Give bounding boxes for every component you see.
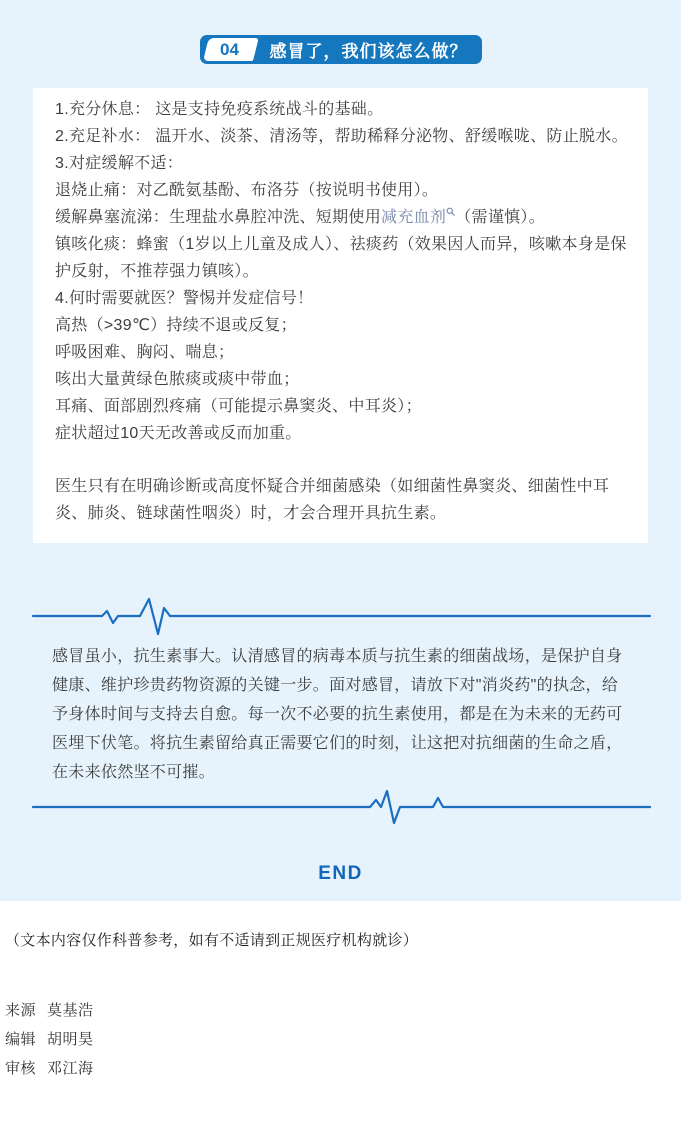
- credit-name: 莫基浩: [47, 1002, 94, 1019]
- card-line: 1.充分休息： 这是支持免疫系统战斗的基础。: [55, 96, 628, 123]
- card-line: 高热（>39℃）持续不退或反复；: [55, 312, 628, 339]
- end-label: END: [0, 863, 681, 885]
- content-card: 1.充分休息： 这是支持免疫系统战斗的基础。 2.充足补水： 温开水、淡茶、清汤…: [33, 88, 648, 543]
- credit-source: 来源莫基浩: [5, 996, 675, 1025]
- article-footer: （文本内容仅作科普参考，如有不适请到正规医疗机构就诊） 来源莫基浩 编辑胡明昊 …: [0, 901, 681, 1083]
- section-header-bar: 04 感冒了，我们该怎么做？: [200, 35, 482, 64]
- disclaimer-text: （文本内容仅作科普参考，如有不适请到正规医疗机构就诊）: [5, 929, 675, 950]
- credit-label: 编辑: [5, 1031, 36, 1048]
- card-line: 镇咳化痰：蜂蜜（1岁以上儿童及成人）、祛痰药（效果因人而异，咳嗽本身是保护反射，…: [55, 231, 628, 285]
- card-line: 呼吸困难、胸闷、喘息；: [55, 339, 628, 366]
- link-line-prefix: 缓解鼻塞流涕：生理盐水鼻腔冲洗、短期使用: [55, 209, 381, 226]
- article-hero-section: 04 感冒了，我们该怎么做？ 1.充分休息： 这是支持免疫系统战斗的基础。 2.…: [0, 0, 681, 901]
- credit-label: 来源: [5, 1002, 36, 1019]
- summary-paragraph: 感冒虽小，抗生素事大。认清感冒的病毒本质与抗生素的细菌战场，是保护自身健康、维护…: [52, 642, 632, 787]
- link-line-suffix: （需谨慎）。: [455, 209, 545, 226]
- search-superscript-icon[interactable]: [446, 203, 455, 220]
- card-line: 4.何时需要就医？警惕并发症信号！: [55, 285, 628, 312]
- card-line: 2.充足补水： 温开水、淡茶、清汤等，帮助稀释分泌物、舒缓喉咙、防止脱水。: [55, 123, 628, 150]
- card-line: 耳痛、面部剧烈疼痛（可能提示鼻窦炎、中耳炎）；: [55, 393, 628, 420]
- credit-label: 审核: [5, 1060, 36, 1077]
- card-final-paragraph: 医生只有在明确诊断或高度怀疑合并细菌感染（如细菌性鼻窦炎、细菌性中耳炎、肺炎、链…: [55, 473, 628, 527]
- credit-name: 邓江海: [47, 1060, 94, 1077]
- ecg-divider-bottom: [0, 787, 681, 827]
- section-title: 感冒了，我们该怎么做？: [266, 35, 472, 64]
- credit-reviewer: 审核邓江海: [5, 1054, 675, 1083]
- credit-name: 胡明昊: [47, 1031, 94, 1048]
- card-line-with-link: 缓解鼻塞流涕：生理盐水鼻腔冲洗、短期使用减充血剂（需谨慎）。: [55, 204, 628, 231]
- card-line: 退烧止痛：对乙酰氨基酚、布洛芬（按说明书使用）。: [55, 177, 628, 204]
- ecg-divider-top: [0, 596, 681, 636]
- card-line: 症状超过10天无改善或反而加重。: [55, 420, 628, 447]
- card-line: 3.对症缓解不适：: [55, 150, 628, 177]
- credits-block: 来源莫基浩 编辑胡明昊 审核邓江海: [5, 996, 675, 1083]
- card-line: 咳出大量黄绿色脓痰或痰中带血；: [55, 366, 628, 393]
- decongestant-link[interactable]: 减充血剂: [381, 209, 446, 226]
- credit-editor: 编辑胡明昊: [5, 1025, 675, 1054]
- section-number: 04: [209, 35, 251, 64]
- section-header: 04 感冒了，我们该怎么做？: [0, 35, 681, 64]
